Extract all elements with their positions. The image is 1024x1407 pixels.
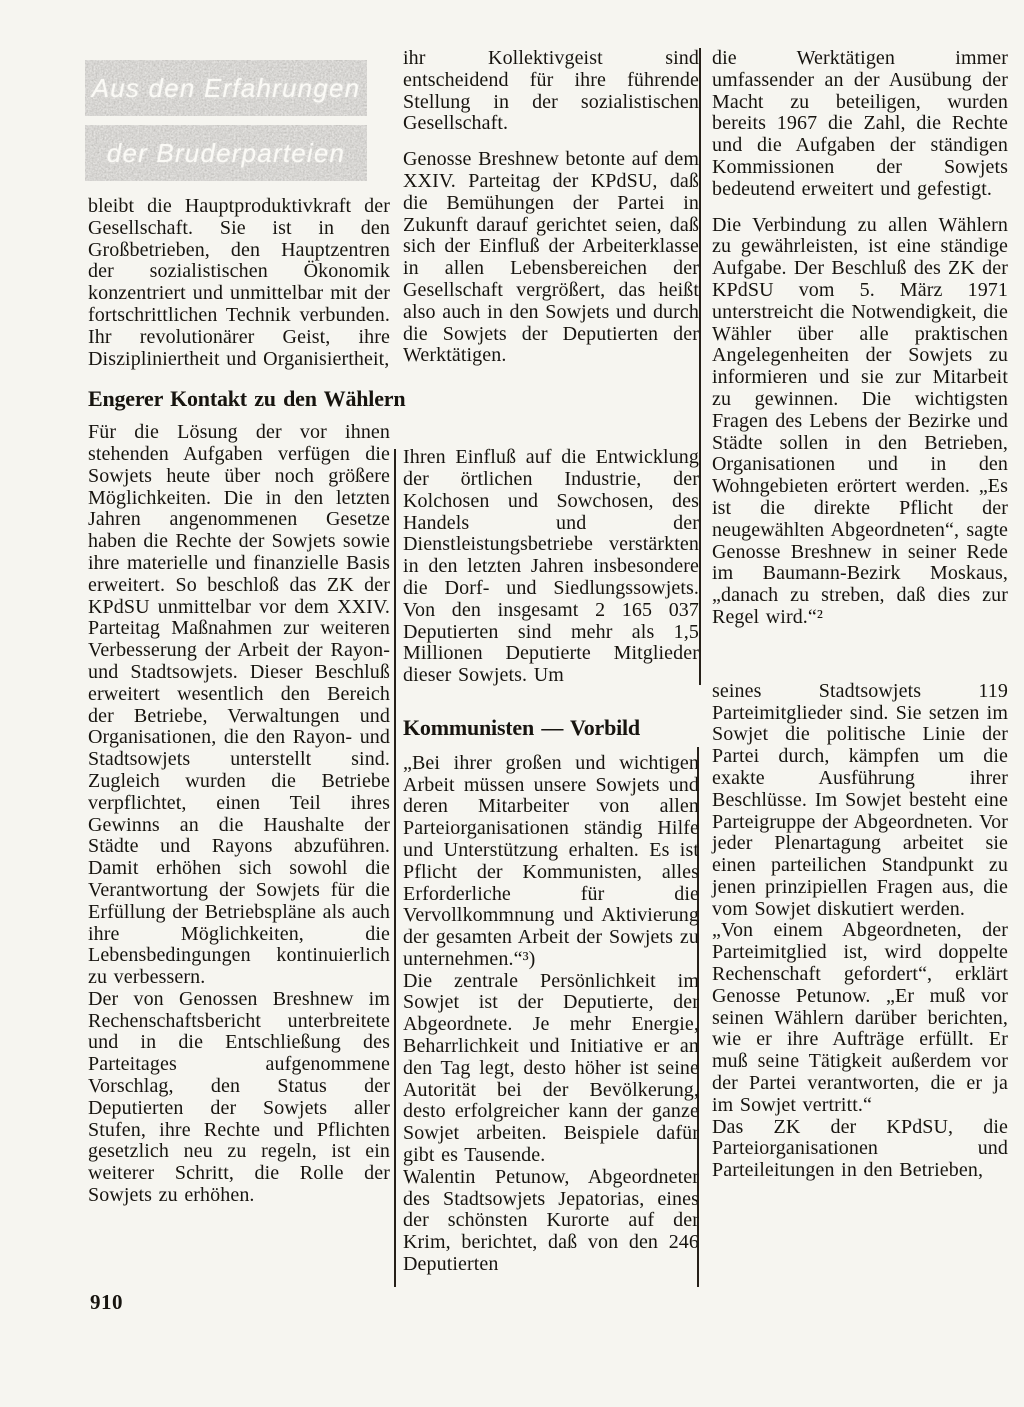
paragraph: seines Stadtsowjets 119 Parteimitglieder… xyxy=(712,681,1008,921)
column-3: die Werktätigen immer umfassender an der… xyxy=(712,48,1008,1182)
paragraph: „Von einem Abgeordneten, der Parteimitgl… xyxy=(712,920,1008,1116)
paragraph: Der von Genossen Breshnew im Rechenschaf… xyxy=(88,989,390,1207)
rubric-bar-bottom: der Bruderparteien xyxy=(85,125,367,181)
paragraph: Walentin Petunow, Abgeordneter des Stadt… xyxy=(403,1167,699,1276)
rubric-line-2: der Bruderparteien xyxy=(85,125,367,181)
column-rule-1-2 xyxy=(394,449,396,1287)
rubric-line-1: Aus den Erfahrungen xyxy=(85,60,367,116)
paragraph: Die Verbindung zu allen Wählern zu gewäh… xyxy=(712,215,1008,629)
paragraph: bleibt die Hauptproduktivkraft der Gesel… xyxy=(88,196,390,370)
paragraph: Für die Lösung der vor ihnen stehenden A… xyxy=(88,422,390,989)
rubric-bar-top: Aus den Erfahrungen xyxy=(85,60,367,116)
scanned-magazine-page: Aus den Erfahrungen der Bruderparteien b… xyxy=(0,0,1024,1407)
paragraph: ihr Kollektivgeist sind entscheidend für… xyxy=(403,48,699,135)
page-number: 910 xyxy=(90,1290,123,1315)
column-2: ihr Kollektivgeist sind entscheidend für… xyxy=(403,48,699,1276)
column-rule-2-3-upper xyxy=(699,48,701,685)
column-1: bleibt die Hauptproduktivkraft der Gesel… xyxy=(88,196,390,1207)
paragraph: Das ZK der KPdSU, die Parteiorganisation… xyxy=(712,1117,1008,1182)
paragraph: Die zentrale Persönlichkeit im Sowjet is… xyxy=(403,971,699,1167)
paragraph: Ihren Einfluß auf die Entwicklung der ör… xyxy=(403,447,699,687)
section-heading-kommunisten-vorbild: Kommunisten — Vorbild xyxy=(403,717,699,739)
paragraph: „Bei ihrer großen und wichtigen Arbeit m… xyxy=(403,753,699,971)
section-rubric-badge: Aus den Erfahrungen der Bruderparteien xyxy=(85,60,367,190)
paragraph: Genosse Breshnew betonte auf dem XXIV. P… xyxy=(403,149,699,367)
paragraph: die Werktätigen immer umfassender an der… xyxy=(712,48,1008,201)
section-heading-engerer-kontakt: Engerer Kontakt zu den Wählern xyxy=(88,388,390,410)
